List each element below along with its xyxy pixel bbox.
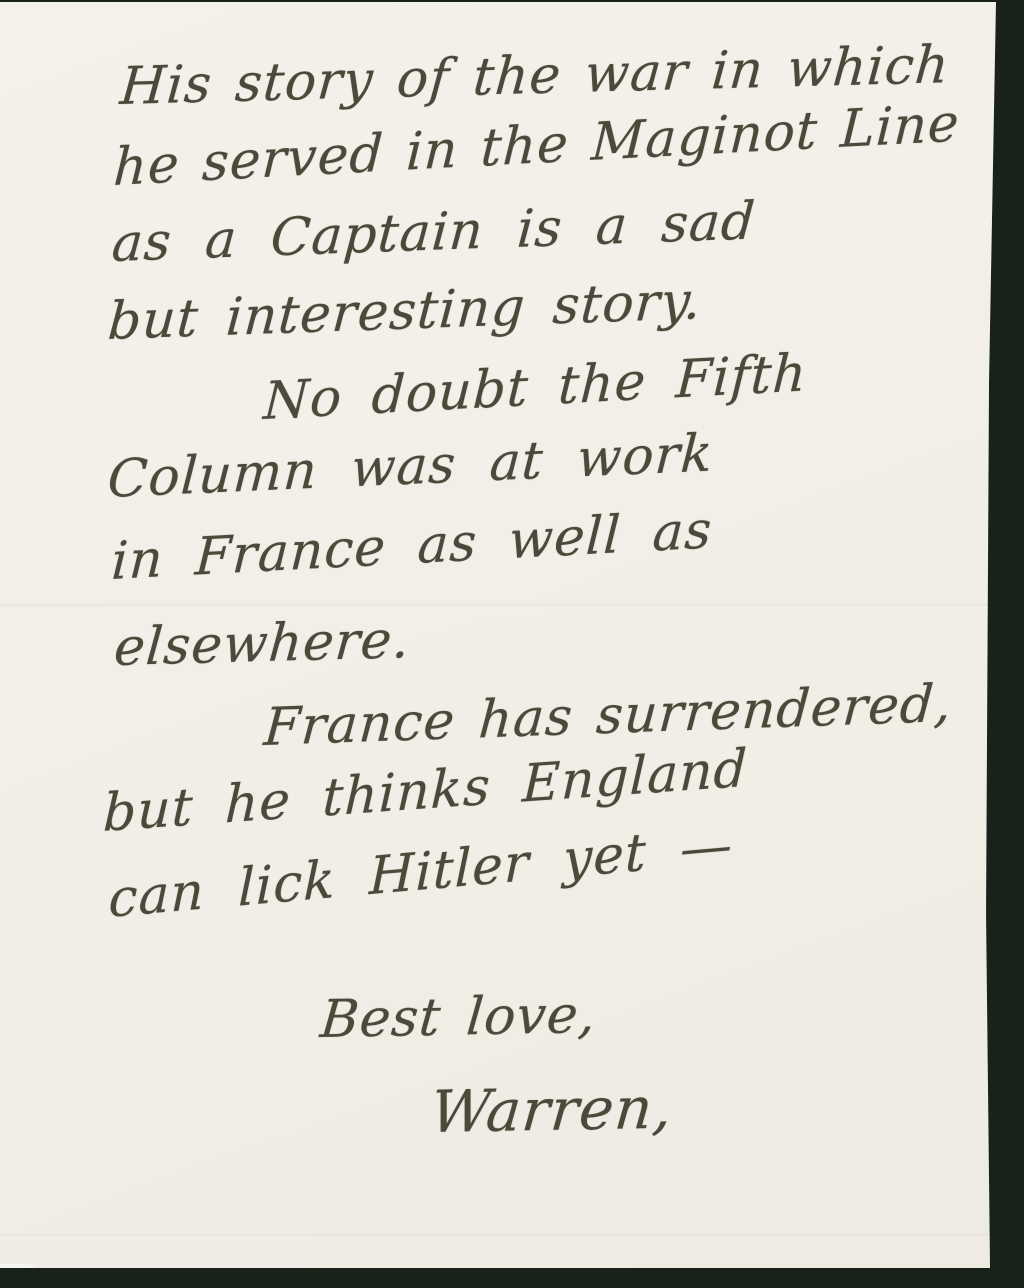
handwritten-line: Column was at work (106, 423, 715, 510)
scanned-letter: His story of the war in which he served … (0, 0, 1024, 1288)
handwritten-line: No doubt the Fifth (262, 343, 809, 432)
paper-edge-notch (0, 1264, 34, 1272)
paper-crease (0, 1232, 996, 1240)
handwritten-line: Best love, (318, 985, 599, 1050)
handwritten-line: elsewhere. (112, 610, 412, 678)
letter-page: His story of the war in which he served … (0, 2, 996, 1268)
handwritten-line: France has surrendered, (262, 674, 954, 758)
handwritten-line: in France as well as (110, 500, 714, 592)
paper-crease (0, 602, 996, 610)
handwritten-line: but interesting story. (106, 271, 704, 352)
signature-line: Warren, (428, 1074, 676, 1146)
handwritten-line: as a Captain is a sad (110, 191, 758, 274)
